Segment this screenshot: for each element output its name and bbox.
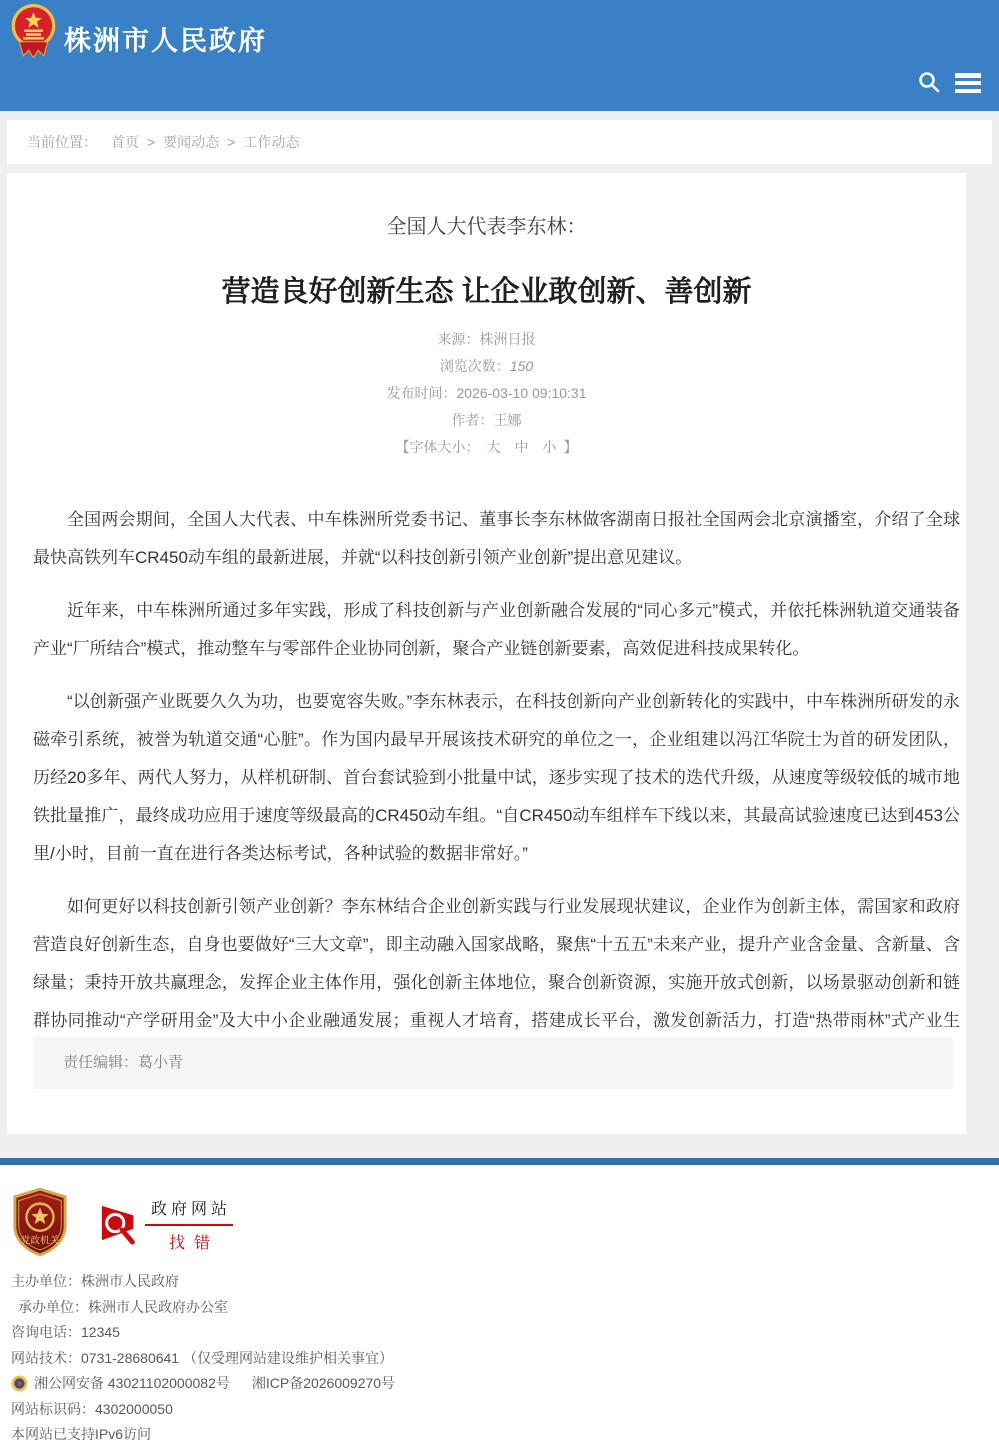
article-paragraph: “以创新强产业既要久久为功，也要宽容失败。”李东林表示，在科技创新向产业创新转化… [33, 683, 960, 873]
footer-host-line: 主办单位：株洲市人民政府 [11, 1269, 999, 1295]
host-label: 主办单位： [11, 1273, 81, 1289]
party-gov-badge-label: 党政机关 [21, 1234, 60, 1246]
error-report-badge-text: 政府网站 找错 [145, 1194, 233, 1253]
tech-label: 网站技术： [11, 1350, 81, 1366]
meta-source-label: 来源： [438, 331, 480, 347]
search-icon[interactable] [917, 70, 941, 94]
meta-publish-time: 发布时间：2026-03-10 09:10:31 [7, 380, 966, 407]
meta-views-label: 浏览次数： [440, 358, 510, 374]
footer-divider-bar [0, 1158, 999, 1165]
meta-source: 来源：株洲日报 [7, 326, 966, 353]
breadcrumb: 当前位置：首页>要闻动态>工作动态 [7, 120, 992, 164]
ipv6-note: 本网站已支持IPv6访问 [11, 1426, 151, 1442]
breadcrumb-item-news[interactable]: 要闻动态 [163, 134, 219, 150]
footer-site-code-line: 网站标识码：4302000050 [11, 1397, 999, 1423]
meta-time-value: 2026-03-10 09:10:31 [457, 385, 587, 401]
security-filing-link[interactable]: 湘公网安备 43021102000082号 [34, 1371, 230, 1397]
article-title: 营造良好创新生态 让企业敢创新、善创新 [7, 269, 966, 310]
footer-filing-line: 湘公网安备 43021102000082号 湘ICP备2026009270号 [11, 1371, 999, 1397]
site-code-label: 网站标识码： [11, 1401, 95, 1417]
police-badge-icon [11, 1375, 28, 1392]
footer-info: 主办单位：株洲市人民政府 承办单位：株洲市人民政府办公室 咨询电话：12345 … [11, 1269, 999, 1448]
breadcrumb-separator: > [147, 134, 155, 150]
breadcrumb-label: 当前位置： [27, 134, 97, 150]
meta-author-value: 王娜 [494, 412, 522, 428]
footer-tech-line: 网站技术：0731-28680641 （仅受理网站建设维护相关事宜） [11, 1346, 999, 1372]
party-gov-badge[interactable]: 党政机关 [11, 1187, 69, 1257]
breadcrumb-item-current[interactable]: 工作动态 [243, 134, 299, 150]
site-footer: 党政机关 政府网站 找错 主办单位：株洲市人民政府 承办单位：株洲市人民政府办公… [0, 1165, 999, 1449]
national-emblem-logo [10, 3, 57, 58]
organizer-value: 株洲市人民政府办公室 [88, 1299, 228, 1315]
footer-ipv6-line: 本网站已支持IPv6访问 [11, 1422, 999, 1448]
editor-label: 责任编辑： [63, 1054, 138, 1071]
tech-value: 0731-28680641 （仅受理网站建设维护相关事宜） [81, 1350, 393, 1366]
article-paragraph: 近年来，中车株洲所通过多年实践，形成了科技创新与产业创新融合发展的“同心多元”模… [33, 592, 960, 668]
editor-name: 葛小青 [138, 1054, 183, 1071]
site-code-value: 4302000050 [95, 1401, 173, 1417]
gov-site-error-report-badge[interactable]: 政府网站 找错 [99, 1194, 233, 1253]
footer-badges: 党政机关 政府网站 找错 [11, 1187, 999, 1259]
font-size-medium-button[interactable]: 中 [515, 439, 529, 455]
article-subtitle: 全国人大代表李东林： [7, 210, 966, 239]
article-body: 全国两会期间，全国人大代表、中车株洲所党委书记、董事长李东林做客湖南日报社全国两… [7, 501, 966, 1078]
meta-views-value: 150 [510, 358, 533, 374]
font-size-label: 【字体大小： [396, 439, 480, 455]
article-meta: 来源：株洲日报 浏览次数：150 发布时间：2026-03-10 09:10:3… [7, 326, 966, 461]
host-value: 株洲市人民政府 [81, 1273, 179, 1289]
font-size-large-button[interactable]: 大 [487, 439, 501, 455]
font-size-label-close: 】 [564, 439, 578, 455]
organizer-label: 承办单位： [18, 1299, 88, 1315]
site-header: 株洲市人民政府 [0, 0, 999, 111]
phone-label: 咨询电话： [11, 1324, 81, 1340]
meta-time-label: 发布时间： [387, 385, 457, 401]
menu-icon[interactable] [955, 73, 981, 93]
breadcrumb-separator: > [227, 134, 235, 150]
meta-author-label: 作者： [452, 412, 494, 428]
article-paragraph: 全国两会期间，全国人大代表、中车株洲所党委书记、董事长李东林做客湖南日报社全国两… [33, 501, 960, 577]
error-report-badge-action: 找错 [145, 1226, 233, 1253]
error-report-badge-title: 政府网站 [145, 1194, 233, 1226]
phone-value: 12345 [81, 1324, 120, 1340]
meta-views: 浏览次数：150 [7, 353, 966, 380]
meta-source-value: 株洲日报 [480, 331, 536, 347]
footer-gap [0, 1134, 999, 1158]
article-container: 全国人大代表李东林： 营造良好创新生态 让企业敢创新、善创新 来源：株洲日报 浏… [7, 173, 966, 1134]
breadcrumb-item-home[interactable]: 首页 [111, 134, 139, 150]
footer-phone-line: 咨询电话：12345 [11, 1320, 999, 1346]
icp-filing-link[interactable]: 湘ICP备2026009270号 [252, 1371, 395, 1397]
font-size-control: 【字体大小：大中小】 [7, 434, 966, 461]
footer-organizer-line: 承办单位：株洲市人民政府办公室 [11, 1295, 999, 1321]
editor-note: 责任编辑：葛小青 [33, 1037, 953, 1089]
site-title: 株洲市人民政府 [64, 19, 267, 58]
meta-author: 作者：王娜 [7, 407, 966, 434]
font-size-small-button[interactable]: 小 [543, 439, 557, 455]
error-report-magnifier-icon [99, 1200, 141, 1248]
